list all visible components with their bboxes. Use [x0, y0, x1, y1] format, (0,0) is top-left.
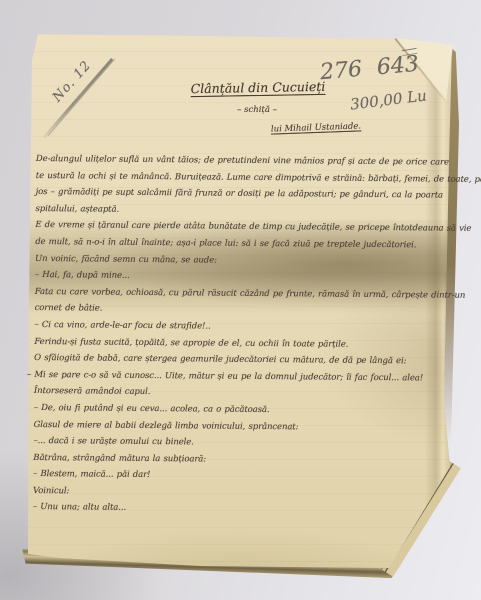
manuscript-body: De-alungul ulițelor suflă un vânt tăios;… [33, 151, 456, 520]
page-subtitle: – schiță – [197, 105, 317, 115]
page-title: Clânțăul din Cucuieți [172, 79, 344, 97]
manuscript-photo: No. 12 Clânțăul din Cucuieți – schiță – … [0, 0, 481, 600]
